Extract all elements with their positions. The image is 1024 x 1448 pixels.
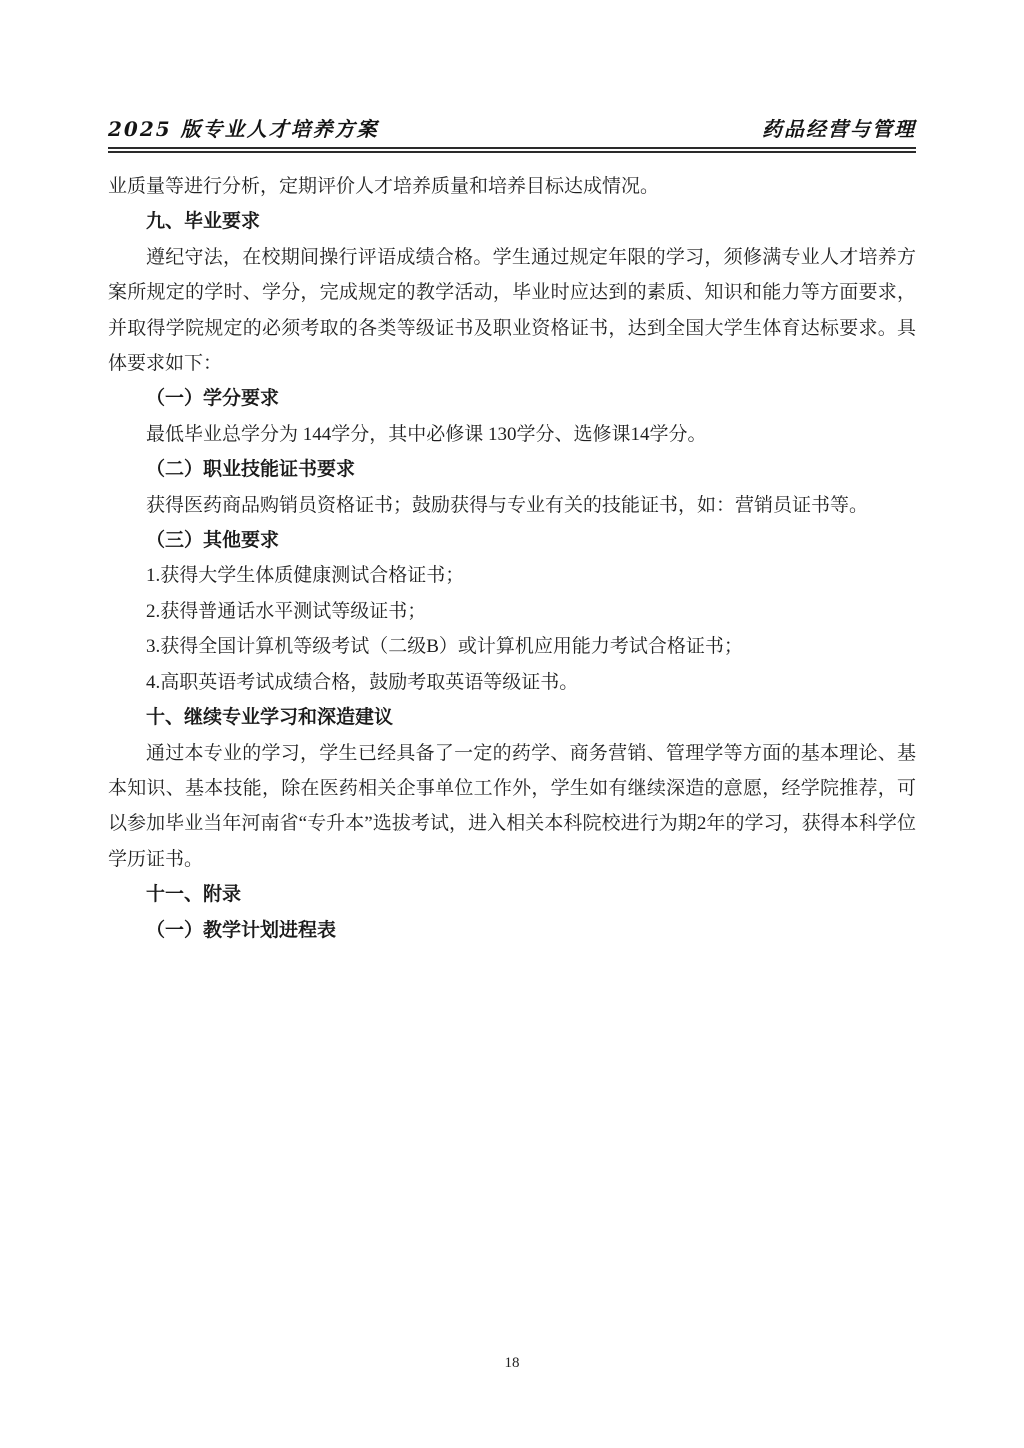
sub-heading-certificates: （二）职业技能证书要求 (108, 452, 916, 487)
header-row: 2025 版专业人才培养方案 药品经营与管理 (108, 116, 916, 142)
sub-heading-other: （三）其他要求 (108, 523, 916, 558)
paragraph: 通过本专业的学习，学生已经具备了一定的药学、商务营销、管理学等方面的基本理论、基… (108, 736, 916, 878)
paragraph: 最低毕业总学分为 144学分，其中必修课 130学分、选修课14学分。 (108, 417, 916, 452)
paragraph: 遵纪守法，在校期间操行评语成绩合格。学生通过规定年限的学习，须修满专业人才培养方… (108, 240, 916, 382)
section-heading-further-study: 十、继续专业学习和深造建议 (108, 700, 916, 735)
page-footer: 18 (0, 1353, 1024, 1373)
list-item: 1.获得大学生体质健康测试合格证书； (108, 558, 916, 593)
list-item: 4.高职英语考试成绩合格，鼓励考取英语等级证书。 (108, 665, 916, 700)
list-item: 3.获得全国计算机等级考试（二级B）或计算机应用能力考试合格证书； (108, 629, 916, 664)
sub-heading-teaching-plan-table: （一）教学计划进程表 (108, 913, 916, 948)
header-rule (108, 147, 916, 153)
header-left-title: 2025 版专业人才培养方案 (108, 116, 379, 142)
document-page: 2025 版专业人才培养方案 药品经营与管理 业质量等进行分析，定期评价人才培养… (0, 0, 1024, 1448)
list-item: 2.获得普通话水平测试等级证书； (108, 594, 916, 629)
page-number: 18 (505, 1355, 520, 1371)
header-right-title: 药品经营与管理 (762, 116, 916, 142)
section-heading-graduation: 九、毕业要求 (108, 204, 916, 239)
paragraph: 获得医药商品购销员资格证书；鼓励获得与专业有关的技能证书，如：营销员证书等。 (108, 488, 916, 523)
paragraph-continuation: 业质量等进行分析，定期评价人才培养质量和培养目标达成情况。 (108, 169, 916, 204)
page-header: 2025 版专业人才培养方案 药品经营与管理 (108, 116, 916, 153)
sub-heading-credits: （一）学分要求 (108, 381, 916, 416)
document-body: 业质量等进行分析，定期评价人才培养质量和培养目标达成情况。 九、毕业要求 遵纪守… (108, 169, 916, 948)
section-heading-appendix: 十一、附录 (108, 877, 916, 912)
